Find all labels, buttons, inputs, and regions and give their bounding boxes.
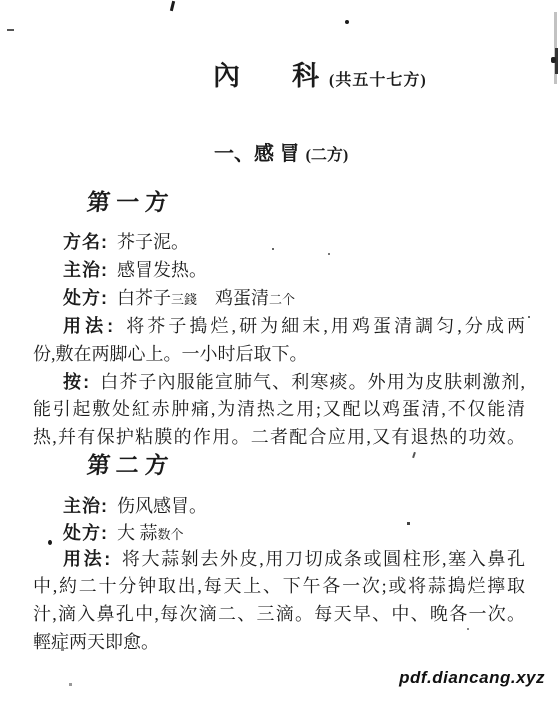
scan-speck xyxy=(272,248,274,250)
formula1-note-line2: 能引起敷处紅赤肿痛,为清热之用;又配以鸡蛋清,不仅能清 xyxy=(33,399,525,419)
formula1-usage-line1: 用法:将芥子搗烂,研为細末,用鸡蛋清調匀,分成两 xyxy=(63,316,525,336)
body-text: 将大蒜剝去外皮,用刀切成条或圓柱形,塞入鼻孔 xyxy=(120,549,525,569)
page-title: 內科(共五十七方) xyxy=(213,63,427,90)
field-label-usage: 用法: xyxy=(63,316,114,336)
section-heading-text: 一、感 冒 xyxy=(214,143,300,165)
scan-speck xyxy=(61,647,64,651)
formula1-note-line1: 按:白芥子內服能宣肺气、利寒痰。外用为皮肤刺激剂, xyxy=(63,372,525,392)
field-label-indication: 主治: xyxy=(63,496,108,516)
drug-name: 鸡蛋清 xyxy=(215,288,269,308)
section-heading-note: (二方) xyxy=(306,147,349,164)
field-label-note: 按: xyxy=(63,372,90,392)
field-label-prescription: 处方: xyxy=(63,523,108,543)
scan-speck xyxy=(328,253,330,255)
formula2-prescription-line: 处方:大 蒜数个 xyxy=(63,523,525,543)
formula2-usage-line3: 汁,滴入鼻孔中,每次滴二、三滴。每天早、中、晚各一次。 xyxy=(33,604,525,624)
formula1-indication-line: 主治:感冒发热。 xyxy=(63,260,525,280)
page-title-note: (共五十七方) xyxy=(329,72,427,89)
formula1-name-line: 方名:芥子泥。 xyxy=(63,232,525,252)
formula2-usage-line2: 中,約二十分钟取出,每天上、下午各一次;或将蒜搗烂擰取 xyxy=(33,576,525,596)
formula2-indication-line: 主治:伤风感冒。 xyxy=(63,496,525,516)
field-label-prescription: 处方: xyxy=(63,288,108,308)
drug-dose: 三錢 xyxy=(171,292,197,307)
scan-speck xyxy=(528,316,530,318)
scan-speck xyxy=(48,540,52,545)
field-value-indication: 伤风感冒。 xyxy=(117,496,207,516)
section-heading: 一、感 冒(二方) xyxy=(214,144,348,164)
formula1-prescription-line: 处方:白芥子三錢鸡蛋清二个 xyxy=(63,288,525,308)
scan-speck xyxy=(467,628,469,630)
formula2-usage-line1: 用法:将大蒜剝去外皮,用刀切成条或圓柱形,塞入鼻孔 xyxy=(63,549,525,569)
watermark-text: pdf.diancang.xyz xyxy=(399,668,545,688)
drug-name: 白芥子 xyxy=(117,288,171,308)
drug-dose: 数个 xyxy=(158,527,184,542)
body-text: 白芥子內服能宣肺气、利寒痰。外用为皮肤刺激剂, xyxy=(99,372,525,392)
scan-speck xyxy=(412,452,416,458)
scanned-book-page: 內科(共五十七方) 一、感 冒(二方) 第一方 方名:芥子泥。 主治:感冒发热。… xyxy=(0,0,558,708)
field-value-indication: 感冒发热。 xyxy=(117,260,207,280)
scan-speck xyxy=(170,1,175,11)
scan-speck xyxy=(345,20,349,24)
drug-name: 大 蒜 xyxy=(117,523,158,543)
scan-edge-artifact xyxy=(551,57,556,63)
field-label-usage: 用法: xyxy=(63,549,111,569)
body-text: 将芥子搗烂,研为細末,用鸡蛋清調匀,分成两 xyxy=(123,316,525,336)
formula1-usage-line2: 份,敷在两脚心上。一小时后取下。 xyxy=(33,344,525,364)
formula2-heading: 第二方 xyxy=(86,454,175,477)
field-label-name: 方名: xyxy=(63,232,108,252)
formula1-heading: 第一方 xyxy=(86,191,175,214)
scan-speck xyxy=(407,522,410,525)
scan-speck xyxy=(69,683,72,686)
formula1-note-line3: 热,幷有保护粘膜的作用。二者配合应用,又有退热的功效。 xyxy=(33,427,525,447)
scan-speck xyxy=(7,29,14,31)
page-title-word1: 內 xyxy=(213,61,240,91)
field-value-name: 芥子泥。 xyxy=(117,232,189,252)
field-label-indication: 主治: xyxy=(63,260,108,280)
formula2-usage-line4: 輕症两天即愈。 xyxy=(33,632,525,652)
page-title-word2: 科 xyxy=(292,61,319,91)
drug-dose: 二个 xyxy=(269,292,295,307)
